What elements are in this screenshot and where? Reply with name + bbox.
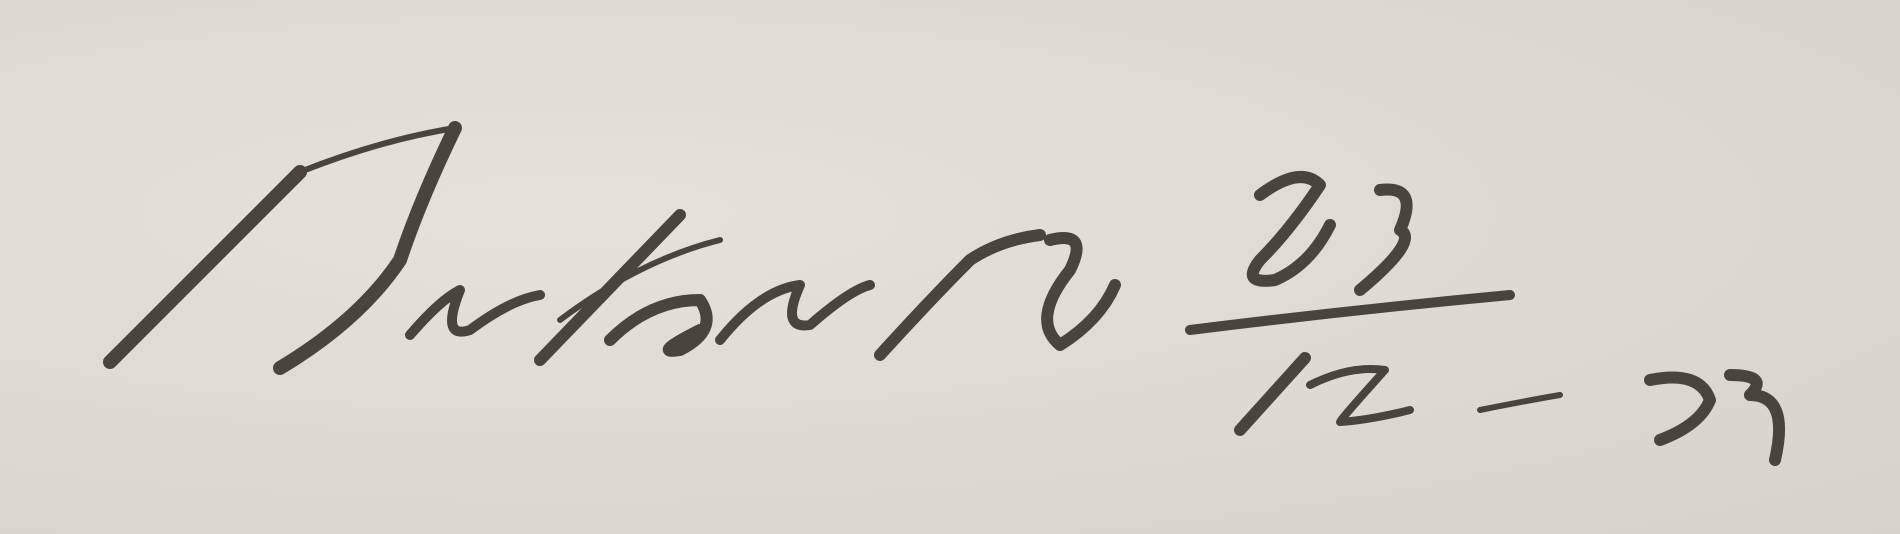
handwriting-strokes (0, 0, 1900, 534)
paper-background: Sukkonts 23/12-53 (0, 0, 1900, 534)
